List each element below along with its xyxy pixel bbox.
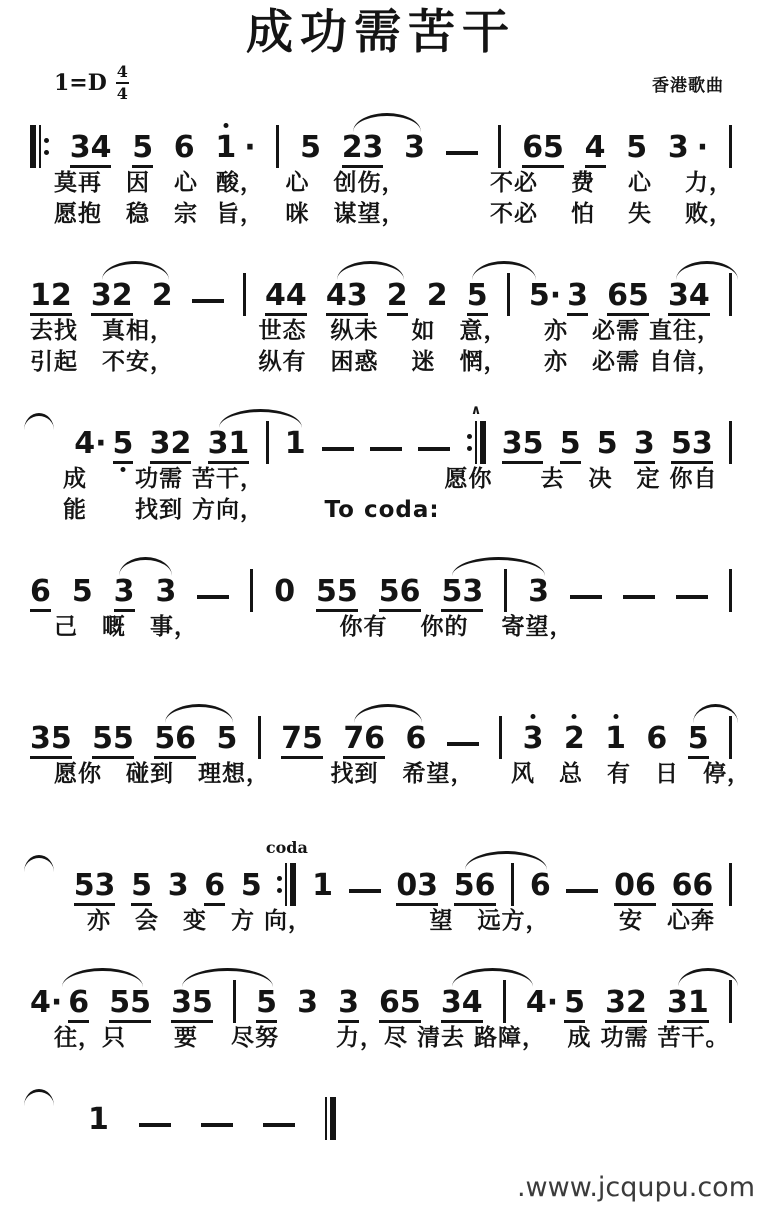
lyrics-row: 往，只 要 尽努 力，尽 清去 路障， 成 功需 苦干。: [30, 1023, 732, 1054]
note: 4·5: [74, 428, 133, 464]
note-digit: 34: [441, 987, 483, 1023]
note-digit: 6: [174, 132, 195, 168]
dash-note: [446, 151, 478, 155]
lyrics-row: 成 功需 苦干， 愿你 去 决 定 你自: [30, 464, 732, 495]
note-digit: 65: [607, 280, 649, 316]
note-prefix: 4·: [30, 987, 62, 1023]
note: 31: [667, 987, 709, 1023]
note: 1: [605, 723, 626, 759]
note: 75: [281, 723, 323, 759]
note-digit: 1: [88, 1104, 109, 1140]
dash-note: [570, 595, 602, 599]
notes-row: 4·532311∧3555353: [30, 418, 732, 464]
lyrics-row: 愿抱 稳 宗 旨， 咪 谋望， 不必 怕 失 败，: [30, 199, 732, 230]
systems: 34561·523365453· 莫再 因 心 酸， 心 创伤， 不必 费 心 …: [30, 122, 732, 1140]
note-digit: 6: [30, 576, 51, 612]
note-digit: 2: [387, 280, 408, 316]
barline: [499, 716, 502, 759]
time-signature-denominator: 4: [117, 86, 128, 102]
note-digit: 34: [70, 132, 112, 168]
note-digit: 3: [404, 132, 425, 168]
barline: [258, 716, 261, 759]
note: 12: [30, 280, 72, 316]
note: 06: [614, 870, 656, 906]
note-digit: 5: [113, 428, 134, 464]
system-7: 4·6553553365344·53231 往，只 要 尽努 力，尽 清去 路障…: [30, 977, 732, 1054]
note: 5: [132, 132, 153, 168]
note: 56: [454, 870, 496, 906]
octave-dot-above: [531, 714, 536, 719]
barline: [729, 125, 732, 168]
note-digit: 5: [216, 723, 237, 759]
barline: [507, 273, 510, 316]
note: 3: [155, 576, 176, 612]
note: 1: [312, 870, 333, 906]
note: 2: [427, 280, 448, 316]
note-digit: 5: [467, 280, 488, 316]
barline: [503, 980, 506, 1023]
note-digit: 44: [265, 280, 307, 316]
thick-bar: [30, 125, 36, 168]
note: 5: [688, 723, 709, 759]
repeat-begin-barline: [30, 125, 49, 168]
note-digit: 3: [338, 987, 359, 1023]
note-digit: 3: [168, 870, 189, 906]
note-digit: 5: [564, 987, 585, 1023]
note: 2: [152, 280, 173, 316]
note-digit: 5: [131, 870, 152, 906]
note-digit: 32: [91, 280, 133, 316]
notes-row: 35555657576632165: [30, 713, 732, 759]
note-digit: 5: [72, 576, 93, 612]
barline: [729, 569, 732, 612]
key-time-signature: 1=D 4 4: [54, 64, 129, 102]
note: 5: [241, 870, 262, 906]
key-signature: 1=D: [54, 70, 107, 96]
note-digit: 31: [208, 428, 250, 464]
barline: [276, 125, 279, 168]
note-digit: 55: [92, 723, 134, 759]
barline: [243, 273, 246, 316]
note-digit: 5: [560, 428, 581, 464]
note-digit: 1: [312, 870, 333, 906]
note-prefix: 5·: [529, 280, 561, 316]
note: 6: [30, 576, 51, 612]
note: 4: [585, 132, 606, 168]
dash-note: [676, 595, 708, 599]
notes-row: 4·6553553365344·53231: [30, 977, 732, 1023]
system-6: 535365coda1035660666 亦 会 变 方 向， 望 远方， 安 …: [30, 860, 732, 937]
note-digit: 1: [605, 723, 626, 759]
dash-note: [566, 889, 598, 893]
dash-note: [418, 447, 450, 451]
note-digit: 35: [171, 987, 213, 1023]
note: 56: [154, 723, 196, 759]
meta-row: 1=D 4 4 香港歌曲: [30, 60, 732, 106]
note-digit: 0: [274, 576, 295, 612]
note: 23: [342, 132, 384, 168]
note: 32: [605, 987, 647, 1023]
note: 44: [265, 280, 307, 316]
repeat-dots: [467, 434, 472, 451]
note: 4·5: [526, 987, 585, 1023]
note: 5: [467, 280, 488, 316]
note: 55: [316, 576, 358, 612]
note-digit: 32: [605, 987, 647, 1023]
note-digit: 34: [668, 280, 710, 316]
note: 1: [88, 1104, 109, 1140]
dash-note: [370, 447, 402, 451]
note-digit: 6: [646, 723, 667, 759]
octave-dot-below: [120, 467, 125, 472]
note: 5: [560, 428, 581, 464]
note: 1·: [215, 132, 255, 168]
dash-note: [139, 1123, 171, 1127]
note: 4·6: [30, 987, 89, 1023]
note: 5: [597, 428, 618, 464]
thick-bar: [290, 863, 296, 906]
thin-bar: [39, 125, 41, 168]
note: 3: [297, 987, 318, 1023]
thin-bar: [285, 863, 287, 906]
octave-dot-above: [572, 714, 577, 719]
note-digit: 65: [379, 987, 421, 1023]
note-digit: 75: [281, 723, 323, 759]
repeat-dot: [44, 138, 49, 143]
dash-note: [201, 1123, 233, 1127]
note-digit: 3: [634, 428, 655, 464]
note-digit: 5: [626, 132, 647, 168]
note-digit: 43: [326, 280, 368, 316]
repeat-end-barline: ∧: [467, 421, 486, 464]
note: 35: [502, 428, 544, 464]
song-credit: 香港歌曲: [652, 71, 724, 96]
note-digit: 03: [396, 870, 438, 906]
note-digit: 3: [528, 576, 549, 612]
barline: [729, 716, 732, 759]
note-digit: 1: [215, 132, 236, 168]
note-digit: 3: [114, 576, 135, 612]
note: 3: [338, 987, 359, 1023]
dash-note: [349, 889, 381, 893]
note: 3: [528, 576, 549, 612]
barline: [511, 863, 514, 906]
note: 3: [523, 723, 544, 759]
watermark: .www.jcqupu.com: [517, 1172, 755, 1203]
thin-bar: [475, 421, 477, 464]
note: 34: [441, 987, 483, 1023]
note-digit: 2: [564, 723, 585, 759]
time-signature-numerator: 4: [117, 64, 128, 80]
note-digit: 3: [567, 280, 588, 316]
note-prefix: 4·: [526, 987, 558, 1023]
note: 5: [626, 132, 647, 168]
note-digit: 65: [522, 132, 564, 168]
note: 03: [396, 870, 438, 906]
slur-continuation-icon: [30, 421, 58, 464]
note-digit: 4: [585, 132, 606, 168]
note: 34: [70, 132, 112, 168]
note-digit: 53: [671, 428, 713, 464]
barline: [498, 125, 501, 168]
note: 1: [285, 428, 306, 464]
dash-note: [447, 742, 479, 746]
note-digit: 2: [427, 280, 448, 316]
note: 53: [441, 576, 483, 612]
lyrics-row: 莫再 因 心 酸， 心 创伤， 不必 费 心 力，: [30, 168, 732, 199]
note: 6: [646, 723, 667, 759]
note-digit: 35: [30, 723, 72, 759]
jump-mark: ∧: [471, 403, 482, 418]
note-digit: 5: [132, 132, 153, 168]
note-digit: 6: [68, 987, 89, 1023]
dash-note: [322, 447, 354, 451]
note: 55: [109, 987, 151, 1023]
repeat-dots: [277, 876, 282, 893]
note: 3: [634, 428, 655, 464]
note: 32: [150, 428, 192, 464]
note: 5: [300, 132, 321, 168]
note: 6: [405, 723, 426, 759]
note: 5: [131, 870, 152, 906]
note: 53: [74, 870, 116, 906]
thin-bar: [325, 1097, 327, 1140]
note-digit: 5: [300, 132, 321, 168]
note-digit: 6: [405, 723, 426, 759]
note-digit: 55: [316, 576, 358, 612]
note: 53: [671, 428, 713, 464]
note: 3: [168, 870, 189, 906]
system-5: 35555657576632165 愿你 碰到 理想， 找到 希望， 风 总 有…: [30, 713, 732, 790]
note: 55: [92, 723, 134, 759]
octave-dot-above: [613, 714, 618, 719]
note: 3: [114, 576, 135, 612]
notes-row: 535365coda1035660666: [30, 860, 732, 906]
note: 56: [379, 576, 421, 612]
repeat-end-barline: coda: [277, 863, 296, 906]
note: 34: [668, 280, 710, 316]
lyrics-row: 己 嘅 事， 你有 你的 寄望，: [30, 612, 732, 643]
note-digit: 23: [342, 132, 384, 168]
barline: [504, 569, 507, 612]
dash-note: [263, 1123, 295, 1127]
lyrics-row: 引起 不安， 纵有 困惑 迷 惘， 亦 必需 自信，: [30, 347, 732, 378]
song-title: 成功需苦干: [30, 6, 732, 60]
repeat-dot: [467, 446, 472, 451]
note-digit: 3: [668, 132, 689, 168]
augmentation-dot: ·: [697, 132, 708, 168]
note: 76: [343, 723, 385, 759]
barline: [729, 980, 732, 1023]
note: 5: [216, 723, 237, 759]
note: 5: [72, 576, 93, 612]
note: 32: [91, 280, 133, 316]
note-digit: 12: [30, 280, 72, 316]
note: 6: [174, 132, 195, 168]
note-digit: 53: [74, 870, 116, 906]
note-digit: 55: [109, 987, 151, 1023]
note-digit: 32: [150, 428, 192, 464]
system-8: 1: [30, 1094, 732, 1140]
note: 65: [379, 987, 421, 1023]
note: 6: [530, 870, 551, 906]
note-digit: 53: [441, 576, 483, 612]
system-2: 1232244432255·36534去找 真相， 世态 纵未 如 意， 亦 必…: [30, 270, 732, 378]
note-digit: 66: [672, 870, 714, 906]
note: 43: [326, 280, 368, 316]
note-digit: 06: [614, 870, 656, 906]
lyrics-row: 能 找到 方向， To coda:: [30, 495, 732, 526]
note-digit: 31: [667, 987, 709, 1023]
repeat-dot: [44, 150, 49, 155]
system-4: 653305556533 己 嘅 事， 你有 你的 寄望，: [30, 566, 732, 643]
notes-row: 1: [30, 1094, 732, 1140]
octave-dot-above: [223, 123, 228, 128]
repeat-dot: [467, 434, 472, 439]
barline: [250, 569, 253, 612]
barline: [729, 863, 732, 906]
thick-bar: [480, 421, 486, 464]
barline: [233, 980, 236, 1023]
note: 66: [672, 870, 714, 906]
note: 5·3: [529, 280, 588, 316]
augmentation-dot: ·: [244, 132, 255, 168]
note: 2: [564, 723, 585, 759]
note-digit: 35: [502, 428, 544, 464]
slur-continuation-icon: [30, 1097, 58, 1140]
system-1: 34561·523365453· 莫再 因 心 酸， 心 创伤， 不必 费 心 …: [30, 122, 732, 230]
note-digit: 56: [454, 870, 496, 906]
note: 31: [208, 428, 250, 464]
barline: [729, 273, 732, 316]
note-digit: 3: [155, 576, 176, 612]
dash-note: [197, 595, 229, 599]
note: 5: [256, 987, 277, 1023]
thick-bar: [330, 1097, 336, 1140]
barline: [729, 421, 732, 464]
coda-label: coda: [266, 838, 308, 857]
note-digit: 2: [152, 280, 173, 316]
repeat-dot: [277, 888, 282, 893]
note-digit: 5: [597, 428, 618, 464]
slur-continuation-icon: [30, 863, 58, 906]
note-digit: 56: [154, 723, 196, 759]
dash-note: [192, 299, 224, 303]
notes-row: 653305556533: [30, 566, 732, 612]
note: 3: [404, 132, 425, 168]
time-signature: 4 4: [116, 64, 129, 102]
note-digit: 3: [523, 723, 544, 759]
repeat-dot: [277, 876, 282, 881]
note: 3·: [668, 132, 708, 168]
lyrics-row: 亦 会 变 方 向， 望 远方， 安 心奔: [30, 906, 732, 937]
note-digit: 1: [285, 428, 306, 464]
note-digit: 56: [379, 576, 421, 612]
final-barline: [325, 1097, 336, 1140]
note: 65: [607, 280, 649, 316]
note-prefix: 4·: [74, 428, 106, 464]
notes-row: 1232244432255·36534: [30, 270, 732, 316]
barline: [266, 421, 269, 464]
note-digit: 5: [241, 870, 262, 906]
note: 0: [274, 576, 295, 612]
note: 2: [387, 280, 408, 316]
note: 65: [522, 132, 564, 168]
note-digit: 3: [297, 987, 318, 1023]
lyrics-row: 愿你 碰到 理想， 找到 希望， 风 总 有 日 停，: [30, 759, 732, 790]
note: 35: [30, 723, 72, 759]
note-digit: 6: [204, 870, 225, 906]
system-3: 4·532311∧3555353 成 功需 苦干， 愿你 去 决 定 你自 能 …: [30, 418, 732, 526]
repeat-dots: [44, 138, 49, 155]
note: 35: [171, 987, 213, 1023]
note: 6: [204, 870, 225, 906]
note-digit: 5: [688, 723, 709, 759]
note-digit: 76: [343, 723, 385, 759]
dash-note: [623, 595, 655, 599]
notes-row: 34561·523365453·: [30, 122, 732, 168]
sheet-page: 成功需苦干 1=D 4 4 香港歌曲 34561·523365453· 莫再 因…: [0, 0, 760, 1209]
lyrics-row: 去找 真相， 世态 纵未 如 意， 亦 必需 直往，: [30, 316, 732, 347]
note-digit: 5: [256, 987, 277, 1023]
note-digit: 6: [530, 870, 551, 906]
